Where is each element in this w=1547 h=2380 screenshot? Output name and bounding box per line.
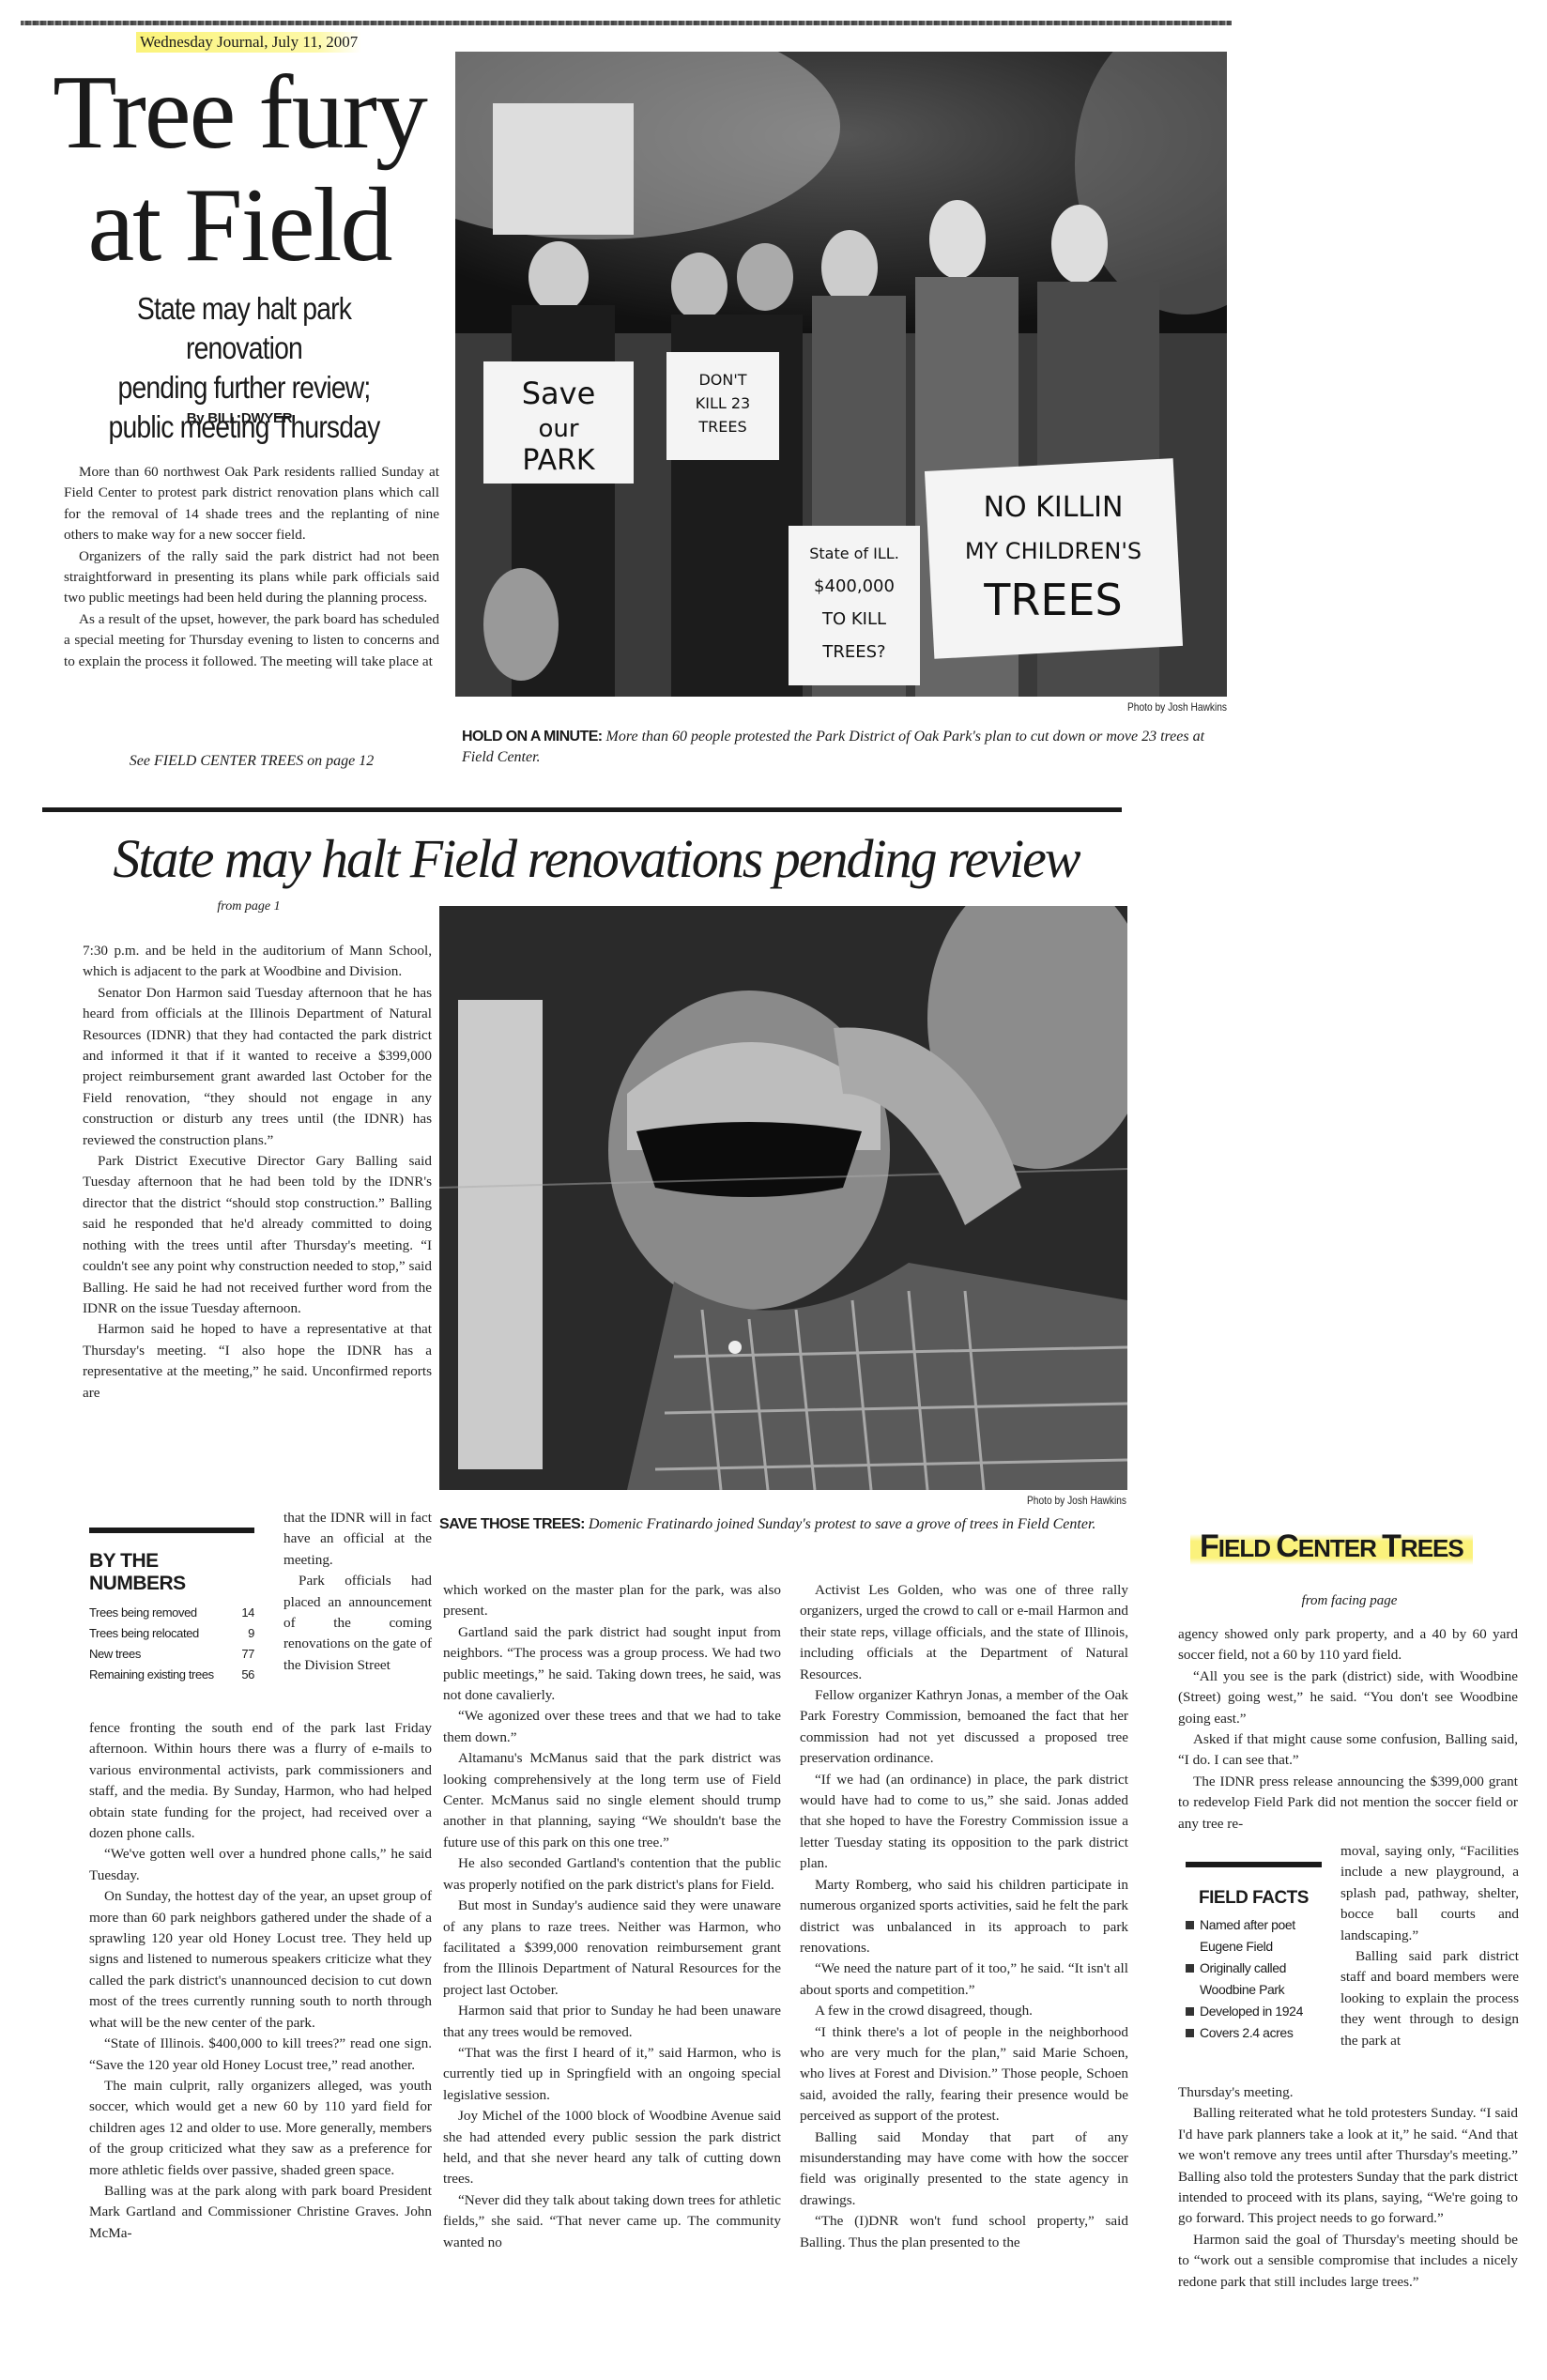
row-label: Trees being removed	[89, 1603, 197, 1623]
photo-credit: Photo by Josh Hawkins	[967, 1494, 1126, 1507]
fact-text: Originally called Woodbine Park	[1200, 1958, 1322, 2001]
title-smallcaps: ENTER	[1298, 1534, 1382, 1562]
paragraph: More than 60 northwest Oak Park resident…	[64, 462, 439, 546]
by-the-numbers-box: BY THE NUMBERS Trees being removed14 Tre…	[89, 1528, 254, 1685]
paragraph: Balling was at the park along with park …	[89, 2181, 432, 2244]
title-cap: T	[1382, 1528, 1401, 1564]
paragraph: Activist Les Golden, who was one of thre…	[800, 1580, 1128, 1685]
row-value: 14	[241, 1603, 254, 1623]
paragraph: Harmon said he hoped to have a represent…	[83, 1319, 432, 1404]
fact-item: Named after poet Eugene Field	[1186, 1914, 1322, 1958]
by-the-numbers-title: BY THE NUMBERS	[89, 1550, 254, 1595]
paragraph: Asked if that might cause some confusion…	[1178, 1729, 1518, 1772]
photo-credit: Photo by Josh Hawkins	[1067, 700, 1227, 714]
from-facing-page-line: from facing page	[1178, 1593, 1521, 1609]
paragraph: “We agonized over these trees and that w…	[443, 1706, 781, 1748]
deck-line-1: State may halt park renovation	[91, 289, 398, 368]
title-cap: F	[1200, 1528, 1218, 1564]
fact-text: Developed in 1924	[1200, 2001, 1303, 2022]
deck-line-2: pending further review;	[91, 368, 398, 407]
jump-column-2: which worked on the master plan for the …	[443, 1580, 781, 2253]
svg-text:TREES: TREES	[983, 575, 1122, 625]
svg-text:MY CHILDREN'S: MY CHILDREN'S	[965, 538, 1141, 564]
paragraph: Joy Michel of the 1000 block of Woodbine…	[443, 2106, 781, 2190]
paragraph: A few in the crowd disagreed, though.	[800, 2001, 1128, 2021]
square-bullet-icon	[1186, 2007, 1194, 2016]
paragraph: 7:30 p.m. and be held in the auditorium …	[83, 941, 432, 983]
numbers-row: Trees being relocated9	[89, 1623, 254, 1644]
protest-photo: Save our PARK DON'T KILL 23 TREES State …	[455, 52, 1227, 697]
paragraph: “We've gotten well over a hundred phone …	[89, 1844, 432, 1886]
numbers-row: New trees77	[89, 1644, 254, 1665]
numbers-row: Trees being removed14	[89, 1603, 254, 1623]
jump-column-1-top: 7:30 p.m. and be held in the auditorium …	[83, 941, 432, 1404]
row-label: New trees	[89, 1644, 141, 1665]
paragraph: “All you see is the park (district) side…	[1178, 1666, 1518, 1729]
jump-headline: State may halt Field renovations pending…	[70, 826, 1122, 892]
numbers-list: Trees being removed14 Trees being reloca…	[89, 1603, 254, 1685]
field-facts-title: FIELD FACTS	[1186, 1888, 1322, 1909]
paragraph: agency showed only park property, and a …	[1178, 1624, 1518, 1666]
fact-text: Covers 2.4 acres	[1200, 2022, 1293, 2044]
paragraph: fence fronting the south end of the park…	[89, 1718, 432, 1844]
svg-text:NO KILLIN: NO KILLIN	[984, 491, 1124, 524]
headline-line-1: Tree fury	[52, 56, 427, 169]
fact-item: Covers 2.4 acres	[1186, 2022, 1322, 2044]
top-rule	[21, 21, 1232, 25]
paragraph: Balling said park district staff and boa…	[1340, 1946, 1519, 2051]
photo-caption: SAVE THOSE TREES: Domenic Fratinardo joi…	[439, 1514, 1139, 1535]
paragraph: Balling reiterated what he told proteste…	[1178, 2103, 1518, 2229]
fratinardo-photo	[439, 906, 1127, 1490]
caption-lead: HOLD ON A MINUTE:	[462, 729, 603, 745]
paragraph: Altamanu's McManus said that the park di…	[443, 1748, 781, 1853]
paragraph: Gartland said the park district had soug…	[443, 1622, 781, 1707]
paragraph: Marty Romberg, who said his children par…	[800, 1875, 1128, 1959]
paragraph: “I think there's a lot of people in the …	[800, 2022, 1128, 2127]
paragraph: that the IDNR will in fact have an offic…	[283, 1508, 432, 1571]
fact-item: Developed in 1924	[1186, 2001, 1322, 2022]
field-facts-box: FIELD FACTS Named after poet Eugene Fiel…	[1186, 1862, 1322, 2044]
jump-line: See FIELD CENTER TREES on page 12	[64, 753, 439, 770]
svg-text:PARK: PARK	[522, 444, 596, 477]
fct-column-top: agency showed only park property, and a …	[1178, 1624, 1518, 1835]
svg-text:TO KILL: TO KILL	[821, 609, 886, 629]
paragraph: Thursday's meeting.	[1178, 2082, 1518, 2103]
fratinardo-photo-image	[439, 906, 1127, 1490]
paragraph: On Sunday, the hottest day of the year, …	[89, 1886, 432, 2034]
jump-column-3: Activist Les Golden, who was one of thre…	[800, 1580, 1128, 2253]
sidebar-rule	[89, 1528, 254, 1533]
square-bullet-icon	[1186, 1921, 1194, 1929]
svg-text:our: our	[538, 415, 578, 443]
row-label: Remaining existing trees	[89, 1665, 214, 1685]
paragraph: Fellow organizer Kathryn Jonas, a member…	[800, 1685, 1128, 1770]
svg-text:TREES: TREES	[697, 418, 746, 436]
paragraph: He also seconded Gartland's contention t…	[443, 1853, 781, 1896]
svg-text:State of ILL.: State of ILL.	[809, 545, 899, 562]
front-story-body: More than 60 northwest Oak Park resident…	[64, 462, 439, 672]
paragraph: But most in Sunday's audience said they …	[443, 1896, 781, 2001]
jump-column-1-wrap: that the IDNR will in fact have an offic…	[283, 1508, 432, 1676]
front-headline: Tree fury at Field	[52, 56, 427, 282]
square-bullet-icon	[1186, 1964, 1194, 1973]
paragraph: Harmon said that prior to Sunday he had …	[443, 2001, 781, 2043]
paragraph: The IDNR press release announcing the $3…	[1178, 1772, 1518, 1835]
paragraph: “State of Illinois. $400,000 to kill tre…	[89, 2034, 432, 2076]
row-value: 77	[241, 1644, 254, 1665]
photo-caption: HOLD ON A MINUTE: More than 60 people pr…	[462, 727, 1232, 768]
protest-photo-image: Save our PARK DON'T KILL 23 TREES State …	[455, 52, 1227, 697]
svg-text:Save: Save	[522, 376, 596, 411]
svg-text:KILL 23: KILL 23	[696, 394, 750, 412]
row-value: 9	[248, 1623, 254, 1644]
jump-column-1-bottom: fence fronting the south end of the park…	[89, 1718, 432, 2244]
paragraph: Balling said Monday that part of any mis…	[800, 2127, 1128, 2212]
paragraph: Park District Executive Director Gary Ba…	[83, 1151, 432, 1319]
section-rule	[42, 807, 1122, 812]
field-center-trees-title: FIELD CENTER TREES	[1190, 1528, 1473, 1565]
svg-text:TREES?: TREES?	[821, 642, 885, 662]
from-page-line: from page 1	[75, 899, 422, 914]
paragraph: moval, saying only, “Facilities include …	[1340, 1841, 1519, 1946]
sidebar-rule	[1186, 1862, 1322, 1867]
headline-line-2: at Field	[52, 169, 427, 282]
paragraph: “If we had (an ordinance) in place, the …	[800, 1770, 1128, 1875]
fct-column-bottom: Thursday's meeting. Balling reiterated w…	[1178, 2082, 1518, 2293]
paragraph: “That was the first I heard of it,” said…	[443, 2043, 781, 2106]
caption-lead: SAVE THOSE TREES:	[439, 1516, 585, 1532]
paragraph: The main culprit, rally organizers alleg…	[89, 2076, 432, 2181]
byline: By BILL DWYER	[56, 410, 422, 426]
paragraph: “The (I)DNR won't fund school property,”…	[800, 2211, 1128, 2253]
row-value: 56	[241, 1665, 254, 1685]
paragraph: “We need the nature part of it too,” he …	[800, 1958, 1128, 2001]
fact-item: Originally called Woodbine Park	[1186, 1958, 1322, 2001]
row-label: Trees being relocated	[89, 1623, 199, 1644]
title-cap: C	[1276, 1528, 1298, 1564]
paragraph: Senator Don Harmon said Tuesday afternoo…	[83, 983, 432, 1151]
paragraph: Harmon said the goal of Thursday's meeti…	[1178, 2230, 1518, 2293]
svg-text:DON'T: DON'T	[698, 371, 746, 389]
title-smallcaps: REES	[1401, 1534, 1463, 1562]
paragraph: As a result of the upset, however, the p…	[64, 609, 439, 672]
caption-text: Domenic Fratinardo joined Sunday's prote…	[585, 1516, 1096, 1532]
numbers-row: Remaining existing trees56	[89, 1665, 254, 1685]
dateline: Wednesday Journal, July 11, 2007	[136, 32, 361, 53]
svg-text:$400,000: $400,000	[814, 576, 895, 596]
paragraph: Organizers of the rally said the park di…	[64, 546, 439, 609]
field-facts-list: Named after poet Eugene Field Originally…	[1186, 1914, 1322, 2044]
fact-text: Named after poet Eugene Field	[1200, 1914, 1322, 1958]
paragraph: “Never did they talk about taking down t…	[443, 2190, 781, 2253]
paragraph: Park officials had placed an announcemen…	[283, 1571, 432, 1676]
title-smallcaps: IELD	[1218, 1534, 1276, 1562]
fct-column-wrap: moval, saying only, “Facilities include …	[1340, 1841, 1519, 2051]
square-bullet-icon	[1186, 2029, 1194, 2037]
paragraph: which worked on the master plan for the …	[443, 1580, 781, 1622]
